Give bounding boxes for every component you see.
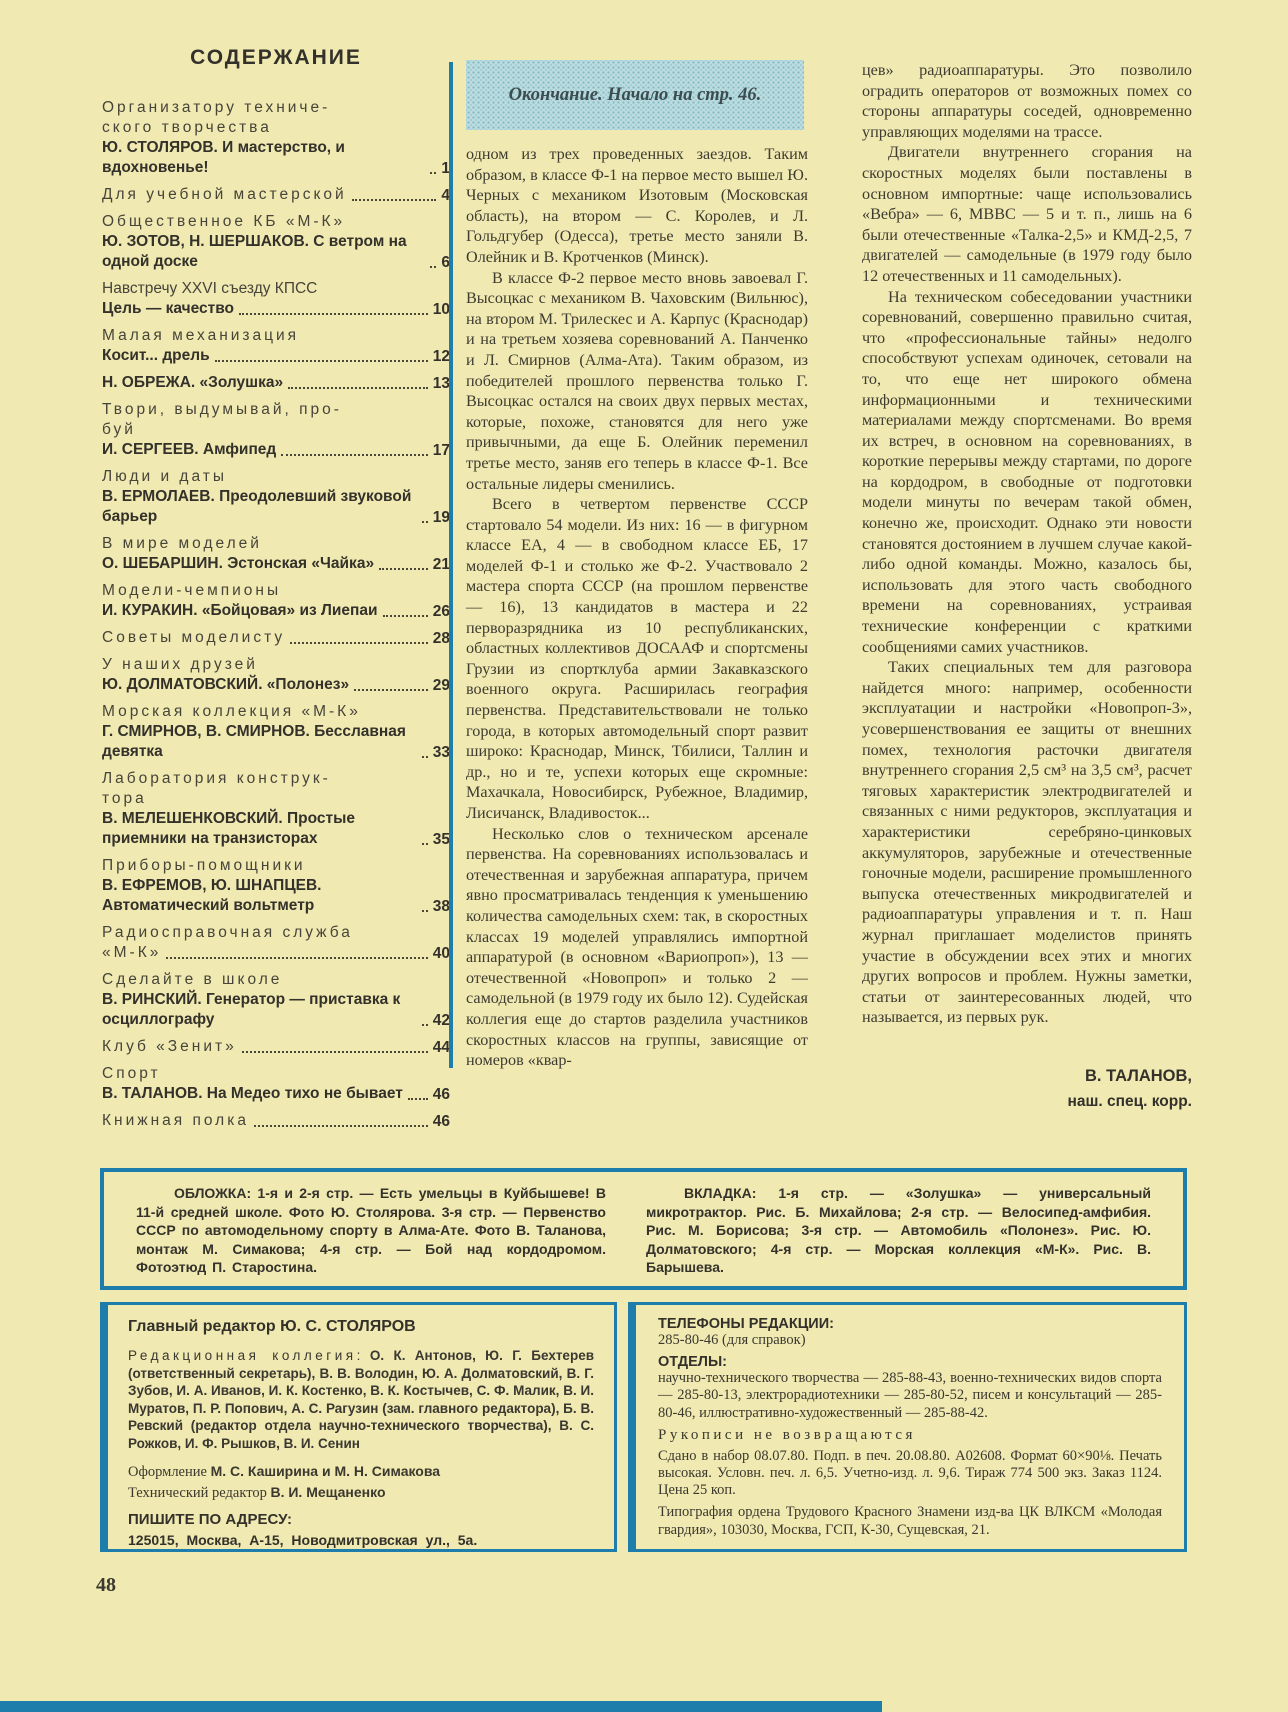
toc-entry-title: В. МЕЛЕШЕНКОВСКИЙ. Простые приемники на … (102, 809, 417, 849)
toc-page-number: 29 (433, 677, 450, 695)
toc-page-number: 26 (433, 603, 450, 621)
toc-entry-title: В. ЕФРЕМОВ, Ю. ШНАПЦЕВ. Автоматический в… (102, 876, 417, 916)
article-column-left: Окончание. Начало на стр. 46. одном из т… (466, 60, 808, 1071)
board-members: О. К. Антонов, Ю. Г. Бехтерев (ответстве… (128, 1348, 594, 1451)
imprint-box: ТЕЛЕФОНЫ РЕДАКЦИИ: 285-80-46 (для справо… (628, 1302, 1187, 1552)
toc-item: Приборы-помощникиВ. ЕФРЕМОВ, Ю. ШНАПЦЕВ.… (102, 856, 450, 916)
page-number: 48 (96, 1574, 116, 1597)
toc-item: Для учебной мастерской4 (102, 185, 450, 205)
bottom-edge-rule (0, 1701, 882, 1712)
toc-entry-title: Клуб «Зенит» (102, 1037, 237, 1057)
toc-page-number: 12 (433, 348, 450, 366)
toc-entry-title: Н. ОБРЕЖА. «Золушка» (102, 373, 283, 393)
dotted-leader (379, 568, 428, 570)
toc-item: У наших друзейЮ. ДОЛМАТОВСКИЙ. «Полонез»… (102, 655, 450, 695)
insert-note: ВКЛАДКА: 1-я стр. — «Золушка» — универса… (646, 1184, 1151, 1277)
toc-rubric: Спорт (102, 1064, 450, 1084)
toc-entry-row: «М-К»40 (102, 943, 450, 963)
dotted-leader (288, 387, 428, 389)
toc-entry-row: В. ЕФРЕМОВ, Ю. ШНАПЦЕВ. Автоматический в… (102, 876, 450, 916)
toc-item: Люди и датыВ. ЕРМОЛАЕВ. Преодолевший зву… (102, 467, 450, 527)
toc-entry-title: В. РИНСКИЙ. Генератор — приставка к осци… (102, 990, 417, 1030)
toc-entry-title: О. ШЕБАРШИН. Эстонская «Чайка» (102, 554, 374, 574)
article-column-right: цев» радиоаппаратуры. Это позволило огра… (862, 60, 1192, 1114)
toc-entry-title: Ю. ЗОТОВ, Н. ШЕРШАКОВ. С ветром на одной… (102, 232, 425, 272)
toc-entry-title: В. ЕРМОЛАЕВ. Преодолевший звуковой барье… (102, 487, 417, 527)
toc-entry-row: Для учебной мастерской4 (102, 185, 450, 205)
dotted-leader (281, 454, 427, 456)
toc-entry-row: И. КУРАКИН. «Бойцовая» из Лиепаи26 (102, 601, 450, 621)
editorial-staff-box: Главный редактор Ю. С. СТОЛЯРОВ Редакцио… (100, 1302, 617, 1552)
toc-item: Навстречу XXVI съезду КПССЦель — качеств… (102, 279, 450, 319)
write-address-label: ПИШИТЕ ПО АДРЕСУ: (128, 1511, 594, 1528)
dotted-leader (215, 360, 428, 362)
toc-rubric: В мире моделей (102, 534, 450, 554)
toc-page-number: 17 (433, 442, 450, 460)
dotted-leader (354, 689, 428, 691)
toc-item: Лаборатория конструк-тораВ. МЕЛЕШЕНКОВСК… (102, 769, 450, 849)
article-paragraph: Всего в четвертом первенстве СССР старто… (466, 494, 808, 824)
dotted-leader (422, 910, 428, 912)
departments-list: научно-технического творчества — 285-88-… (658, 1370, 1162, 1422)
toc-entry-row: В. МЕЛЕШЕНКОВСКИЙ. Простые приемники на … (102, 809, 450, 849)
toc-title: СОДЕРЖАНИЕ (102, 46, 450, 70)
toc-rubric: Малая механизация (102, 326, 450, 346)
dotted-leader (290, 642, 428, 644)
toc-entry-title: «М-К» (102, 943, 161, 963)
toc-rubric: Навстречу XXVI съезду КПСС (102, 279, 450, 299)
toc-item: Организатору техниче-ского творчестваЮ. … (102, 98, 450, 178)
cover-insert-box: ОБЛОЖКА: 1-я и 2-я стр. — Есть умельцы в… (100, 1168, 1187, 1290)
toc-page-number: 33 (433, 744, 450, 762)
toc-rubric: Модели-чемпионы (102, 581, 450, 601)
dotted-leader (242, 1051, 428, 1053)
article-paragraph: цев» радиоаппаратуры. Это позволило огра… (862, 60, 1192, 142)
article-paragraph: одном из трех проведенных заездов. Таким… (466, 144, 808, 268)
toc-entry-row: Н. ОБРЕЖА. «Золушка»13 (102, 373, 450, 393)
column-divider-rule (449, 62, 453, 1068)
editorial-address: 125015, Москва, А-15, Новодмитровская ул… (128, 1532, 594, 1548)
toc-item: Н. ОБРЕЖА. «Золушка»13 (102, 373, 450, 393)
toc-entry-title: Советы моделисту (102, 628, 285, 648)
design-credit-line: Оформление М. С. Каширина и М. Н. Симако… (128, 1463, 594, 1481)
phones-label: ТЕЛЕФОНЫ РЕДАКЦИИ: (658, 1316, 1162, 1332)
printing-house-info: Типография ордена Трудового Красного Зна… (658, 1504, 1162, 1538)
toc-entry-row: Ю. ЗОТОВ, Н. ШЕРШАКОВ. С ветром на одной… (102, 232, 450, 272)
design-label: Оформление (128, 1464, 207, 1480)
editorial-board: Редакционная коллегия:О. К. Антонов, Ю. … (128, 1347, 594, 1452)
toc-page-number: 21 (433, 556, 450, 574)
dotted-leader (254, 1125, 428, 1127)
cover-note: ОБЛОЖКА: 1-я и 2-я стр. — Есть умельцы в… (136, 1184, 606, 1277)
dotted-leader (430, 172, 436, 174)
print-production-info: Сдано в набор 08.07.80. Подп. в печ. 20.… (658, 1448, 1162, 1500)
table-of-contents: СОДЕРЖАНИЕ Организатору техниче-ского тв… (102, 46, 450, 1138)
toc-entry-title: Для учебной мастерской (102, 185, 347, 205)
toc-item: Общественное КБ «М-К»Ю. ЗОТОВ, Н. ШЕРШАК… (102, 212, 450, 272)
toc-entry-row: Книжная полка46 (102, 1111, 450, 1131)
article-text-left: одном из трех проведенных заездов. Таким… (466, 144, 808, 1071)
toc-page-number: 13 (433, 375, 450, 393)
dotted-leader (422, 1024, 428, 1026)
article-paragraph: Несколько слов о техническом арсенале пе… (466, 824, 808, 1071)
toc-rubric: ского творчества (102, 118, 450, 138)
toc-item: Радиосправочная служба«М-К»40 (102, 923, 450, 963)
dotted-leader (352, 199, 437, 201)
toc-entry-row: В. РИНСКИЙ. Генератор — приставка к осци… (102, 990, 450, 1030)
toc-item: Клуб «Зенит»44 (102, 1037, 450, 1057)
continuation-banner: Окончание. Начало на стр. 46. (466, 60, 804, 130)
toc-page-number: 10 (433, 301, 450, 319)
toc-rubric: Сделайте в школе (102, 970, 450, 990)
departments-label: ОТДЕЛЫ: (658, 1354, 1162, 1370)
toc-entry-row: В. ТАЛАНОВ. На Медео тихо не бывает46 (102, 1084, 450, 1104)
toc-entry-row: В. ЕРМОЛАЕВ. Преодолевший звуковой барье… (102, 487, 450, 527)
toc-entry-row: Цель — качество10 (102, 299, 450, 319)
toc-item: В мире моделейО. ШЕБАРШИН. Эстонская «Ча… (102, 534, 450, 574)
tech-editor-label: Технический редактор (128, 1485, 267, 1501)
toc-entry-row: Советы моделисту28 (102, 628, 450, 648)
continuation-note: Окончание. Начало на стр. 46. (509, 85, 762, 106)
toc-item: Книжная полка46 (102, 1111, 450, 1131)
toc-entry-title: Г. СМИРНОВ, В. СМИРНОВ. Бесславная девят… (102, 722, 417, 762)
toc-entry-title: И. СЕРГЕЕВ. Амфипед (102, 440, 276, 460)
toc-rubric: Лаборатория конструк- (102, 769, 450, 789)
dotted-leader (239, 313, 428, 315)
toc-rubric: Морская коллекция «М-К» (102, 702, 450, 722)
toc-page-number: 38 (433, 898, 450, 916)
dotted-leader (430, 266, 436, 268)
toc-rubric: Люди и даты (102, 467, 450, 487)
dotted-leader (422, 843, 428, 845)
toc-rubric: Радиосправочная служба (102, 923, 450, 943)
dotted-leader (408, 1098, 428, 1100)
toc-entry-row: Ю. ДОЛМАТОВСКИЙ. «Полонез»29 (102, 675, 450, 695)
toc-page-number: 42 (433, 1012, 450, 1030)
toc-entry-row: Клуб «Зенит»44 (102, 1037, 450, 1057)
board-label: Редакционная коллегия: (128, 1348, 364, 1363)
toc-entry-title: Ю. ДОЛМАТОВСКИЙ. «Полонез» (102, 675, 349, 695)
article-signature: В. ТАЛАНОВ, наш. спец. корр. (862, 1064, 1192, 1114)
toc-entry-row: Косит... дрель12 (102, 346, 450, 366)
toc-page-number: 19 (433, 509, 450, 527)
toc-item: Малая механизацияКосит... дрель12 (102, 326, 450, 366)
dotted-leader (422, 521, 428, 523)
toc-entry-title: Цель — качество (102, 299, 234, 319)
toc-list: Организатору техниче-ского творчестваЮ. … (102, 98, 450, 1131)
toc-item: Сделайте в школеВ. РИНСКИЙ. Генератор — … (102, 970, 450, 1030)
phone-number: 285-80-46 (для справок) (658, 1332, 1162, 1349)
article-paragraph: В классе Ф-2 первое место вновь завоевал… (466, 268, 808, 495)
article-paragraph: Двигатели внутреннего сгорания на скорос… (862, 142, 1192, 286)
manuscripts-note: Рукописи не возвращаются (658, 1427, 1162, 1444)
toc-rubric: Приборы-помощники (102, 856, 450, 876)
toc-rubric: буй (102, 420, 450, 440)
tech-editor-name: В. И. Мещаненко (270, 1484, 385, 1500)
toc-page-number: 46 (433, 1113, 450, 1131)
article-text-right: цев» радиоаппаратуры. Это позволило огра… (862, 60, 1192, 1028)
toc-entry-title: Косит... дрель (102, 346, 210, 366)
toc-item: Морская коллекция «М-К»Г. СМИРНОВ, В. СМ… (102, 702, 450, 762)
toc-entry-row: Ю. СТОЛЯРОВ. И мастерство, и вдохновенье… (102, 138, 450, 178)
toc-entry-row: О. ШЕБАРШИН. Эстонская «Чайка»21 (102, 554, 450, 574)
toc-page-number: 44 (433, 1039, 450, 1057)
dotted-leader (383, 615, 428, 617)
article-paragraph: Таких специальных тем для разговора найд… (862, 657, 1192, 1028)
toc-entry-row: И. СЕРГЕЕВ. Амфипед17 (102, 440, 450, 460)
toc-entry-title: Книжная полка (102, 1111, 249, 1131)
author-role: наш. спец. корр. (862, 1089, 1192, 1114)
toc-entry-title: В. ТАЛАНОВ. На Медео тихо не бывает (102, 1084, 403, 1104)
toc-rubric: Твори, выдумывай, про- (102, 400, 450, 420)
dotted-leader (166, 957, 427, 959)
author-name: В. ТАЛАНОВ, (862, 1064, 1192, 1089)
toc-page-number: 40 (433, 945, 450, 963)
toc-rubric: тора (102, 789, 450, 809)
toc-page-number: 28 (433, 630, 450, 648)
toc-item: Модели-чемпионыИ. КУРАКИН. «Бойцовая» из… (102, 581, 450, 621)
article-paragraph: На техническом собеседовании участники с… (862, 287, 1192, 658)
toc-item: СпортВ. ТАЛАНОВ. На Медео тихо не бывает… (102, 1064, 450, 1104)
toc-item: Советы моделисту28 (102, 628, 450, 648)
toc-entry-title: Ю. СТОЛЯРОВ. И мастерство, и вдохновенье… (102, 138, 425, 178)
toc-entry-title: И. КУРАКИН. «Бойцовая» из Лиепаи (102, 601, 378, 621)
toc-page-number: 35 (433, 831, 450, 849)
chief-editor-line: Главный редактор Ю. С. СТОЛЯРОВ (128, 1318, 594, 1336)
toc-item: Твори, выдумывай, про-буйИ. СЕРГЕЕВ. Амф… (102, 400, 450, 460)
toc-rubric: Организатору техниче- (102, 98, 450, 118)
toc-rubric: У наших друзей (102, 655, 450, 675)
tech-editor-line: Технический редактор В. И. Мещаненко (128, 1484, 594, 1502)
design-names: М. С. Каширина и М. Н. Симакова (211, 1463, 440, 1479)
dotted-leader (422, 756, 428, 758)
toc-entry-row: Г. СМИРНОВ, В. СМИРНОВ. Бесславная девят… (102, 722, 450, 762)
toc-rubric: Общественное КБ «М-К» (102, 212, 450, 232)
toc-page-number: 46 (433, 1086, 450, 1104)
